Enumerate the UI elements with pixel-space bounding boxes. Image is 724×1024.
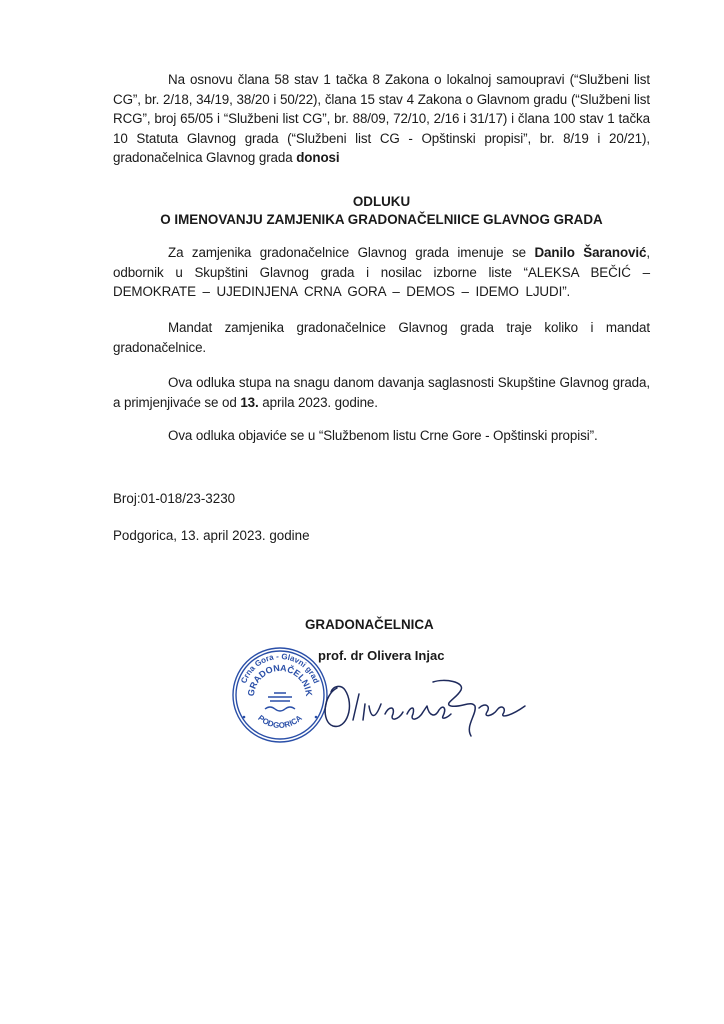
effective-post: aprila 2023. godine. (259, 395, 378, 410)
document-page: Na osnovu člana 58 stav 1 tačka 8 Zakona… (0, 0, 724, 1024)
reference-number: Broj:01-018/23-3230 (113, 491, 235, 506)
intro-paragraph: Na osnovu člana 58 stav 1 tačka 8 Zakona… (113, 70, 650, 168)
handwritten-signature-icon (315, 660, 535, 740)
appointee-name: Danilo Šaranović (534, 245, 646, 260)
decision-subtitle: O IMENOVANJU ZAMJENIKA GRADONAČELNIICE G… (113, 210, 650, 229)
appointment-pre: Za zamjenika gradonačelnice Glavnog grad… (168, 245, 534, 260)
effective-date: 13. (240, 395, 258, 410)
appointment-paragraph: Za zamjenika gradonačelnice Glavnog grad… (113, 243, 650, 302)
effective-pre: Ova odluka stupa na snagu danom davanja … (113, 375, 650, 410)
signer-title: GRADONAČELNICA (305, 617, 434, 632)
intro-text: Na osnovu člana 58 stav 1 tačka 8 Zakona… (113, 72, 650, 165)
svg-text:PODGORICA: PODGORICA (256, 713, 304, 730)
intro-bold-tail: donosi (296, 150, 339, 165)
decision-title: ODLUKU (113, 192, 650, 211)
mandate-paragraph: Mandat zamjenika gradonačelnice Glavnog … (113, 318, 650, 357)
publication-paragraph: Ova odluka objaviće se u “Službenom list… (113, 426, 650, 446)
effective-paragraph: Ova odluka stupa na snagu danom davanja … (113, 373, 650, 412)
place-and-date: Podgorica, 13. april 2023. godine (113, 528, 310, 543)
